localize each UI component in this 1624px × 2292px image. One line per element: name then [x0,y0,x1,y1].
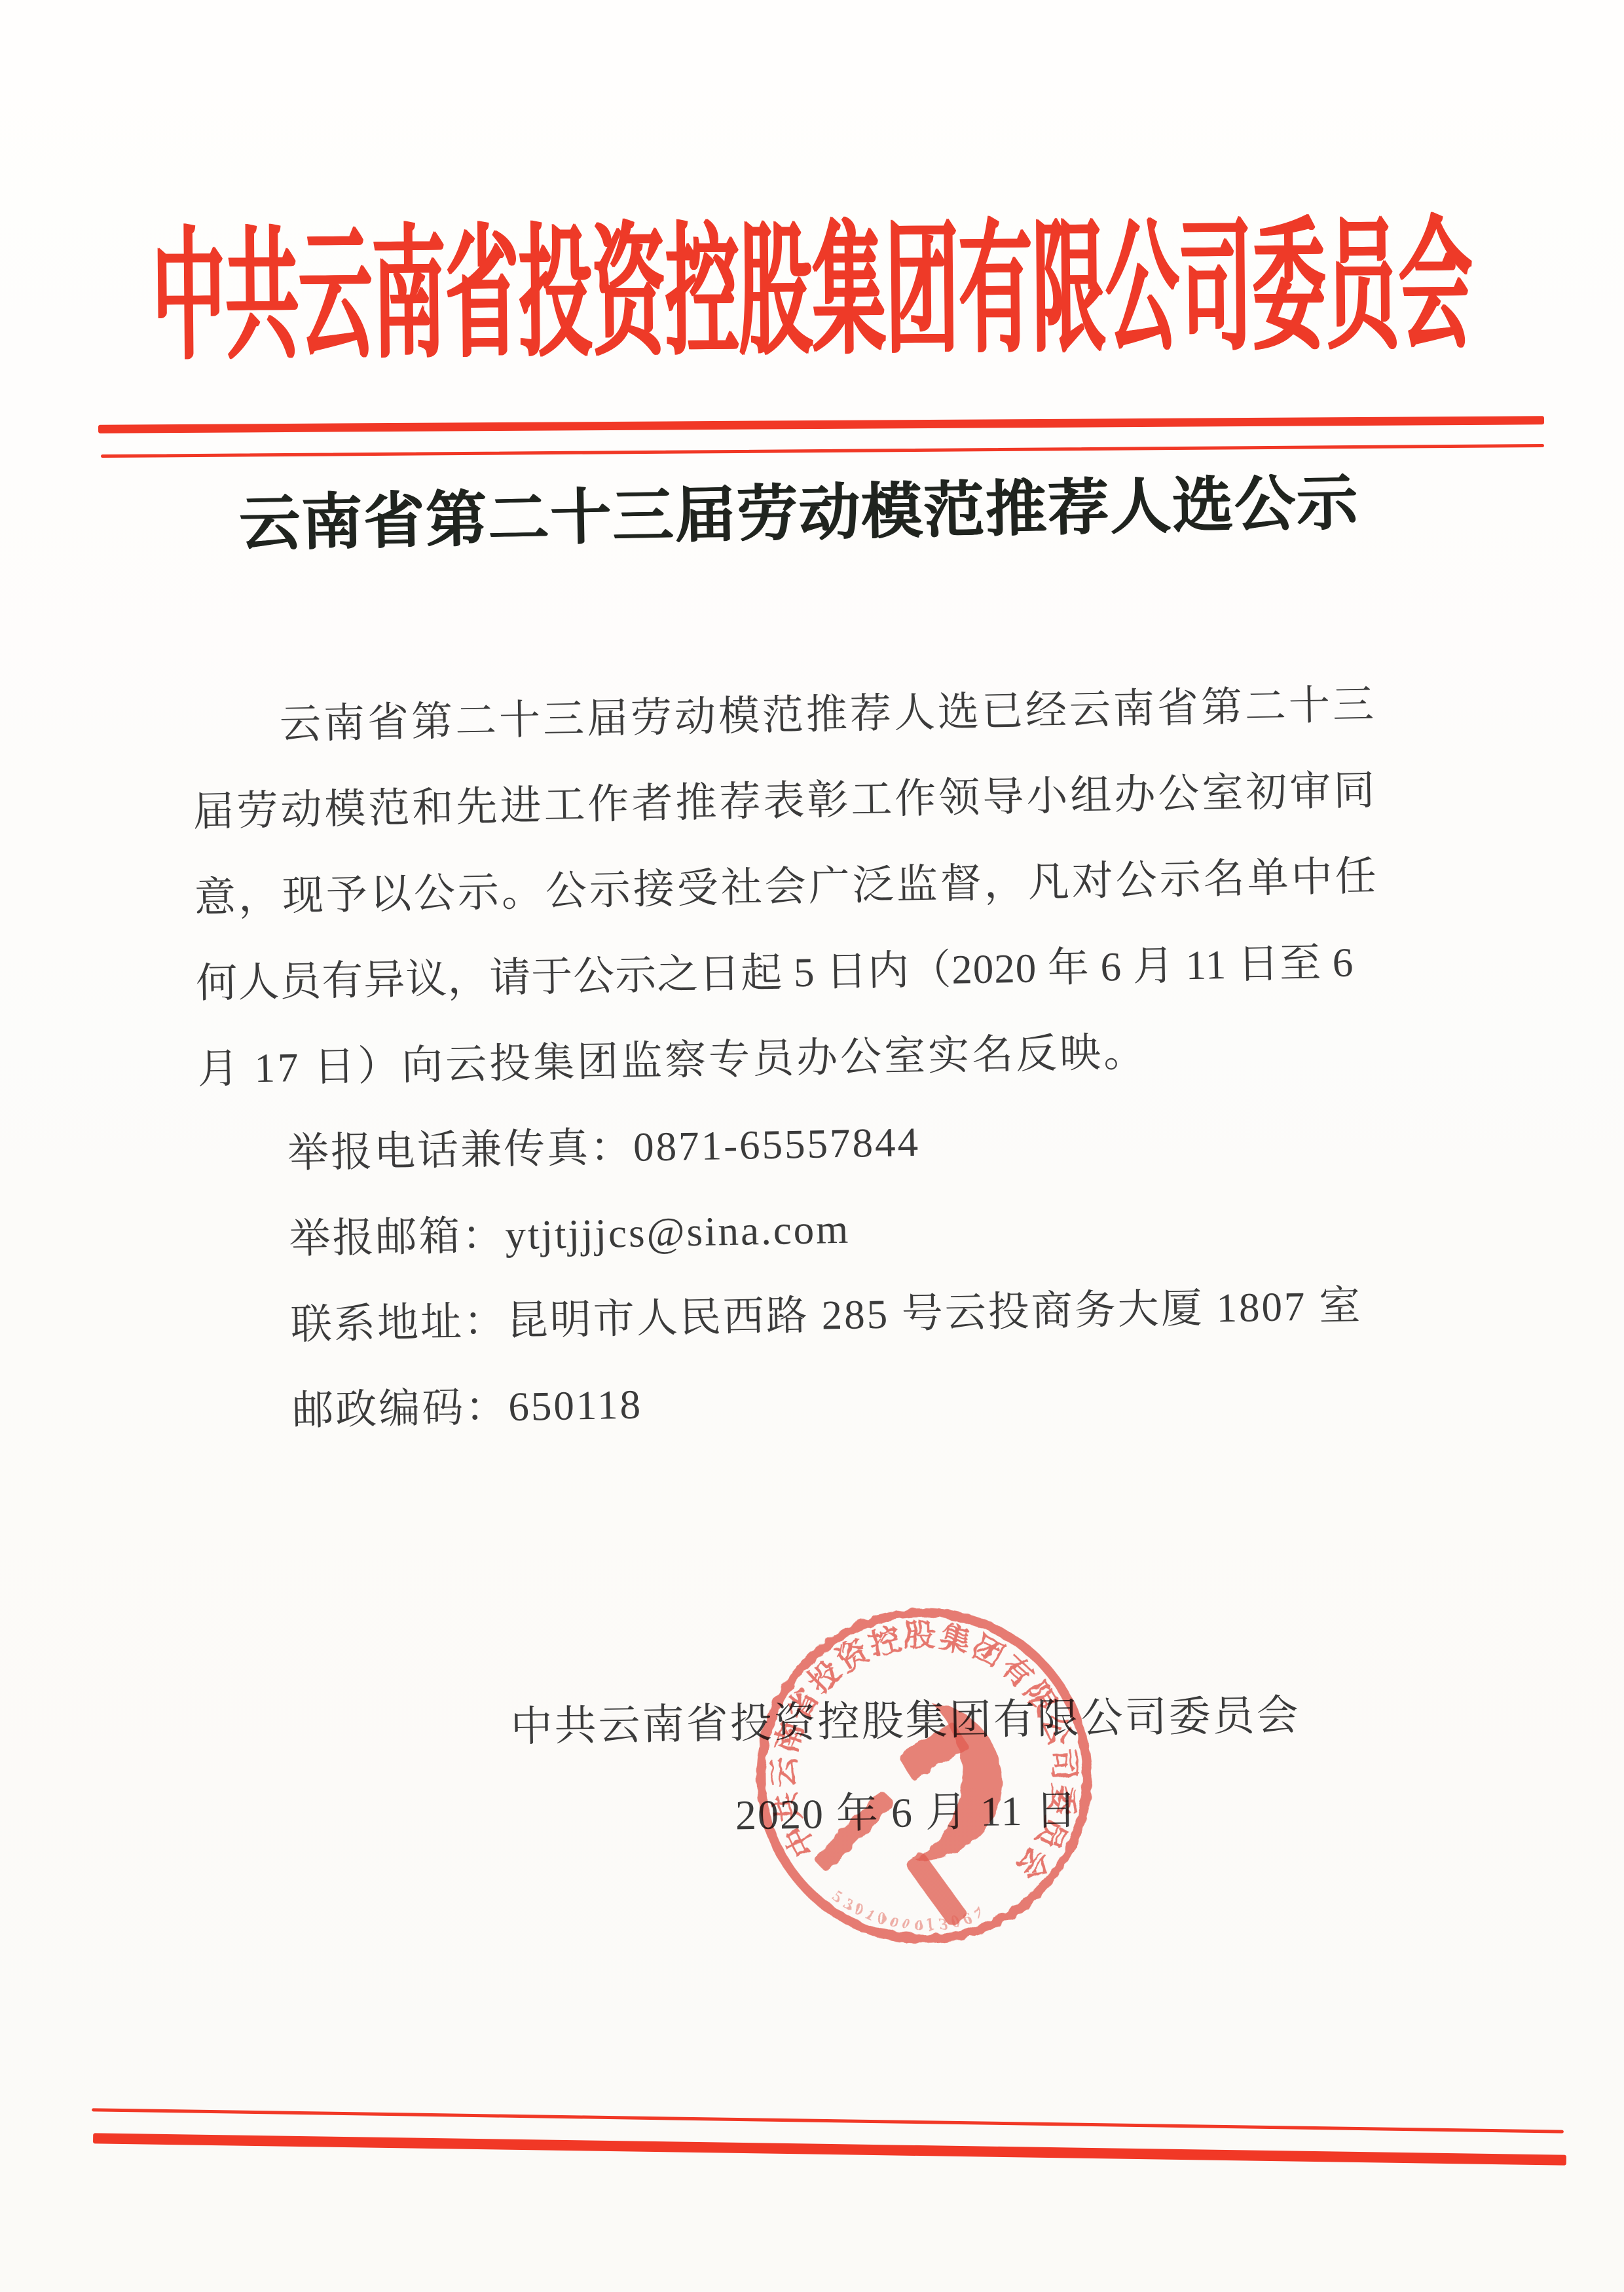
document-page: 中共云南省投资控股集团有限公司委员会 云南省第二十三届劳动模范推荐人选公示 云南… [0,0,1624,2292]
contact-value: 0871-65557844 [633,1119,920,1170]
notice-title: 云南省第二十三届劳动模范推荐人选公示 [0,460,1598,569]
contact-label: 联系地址： [290,1298,507,1348]
letterhead-title: 中共云南省投资控股集团有限公司委员会 [0,250,1624,337]
contact-value: 昆明市人民西路 285 号云投商务大厦 1807 室 [506,1282,1363,1344]
official-seal: 中共云南省投资控股集团有限公司委员会 5301000013067 [722,1574,1125,1977]
contact-label: 举报电话兼传真： [287,1124,634,1177]
separator-rule-bottom-thick [93,2133,1566,2165]
contact-label: 邮政编码： [292,1384,509,1433]
separator-rule-top-thick [98,416,1544,433]
notice-body: 云南省第二十三届劳动模范推荐人选已经云南省第二十三 届劳动模范和先进工作者推荐表… [191,661,1409,1456]
contact-value: ytjtjjjcs@sina.com [505,1206,851,1259]
letterhead-org-name: 中共云南省投资控股集团有限公司委员会 [151,216,1473,371]
separator-rule-top-thin [101,444,1544,458]
contact-value: 650118 [508,1382,643,1430]
separator-rule-bottom-thin [92,2108,1564,2133]
contact-label: 举报邮箱： [289,1212,506,1262]
